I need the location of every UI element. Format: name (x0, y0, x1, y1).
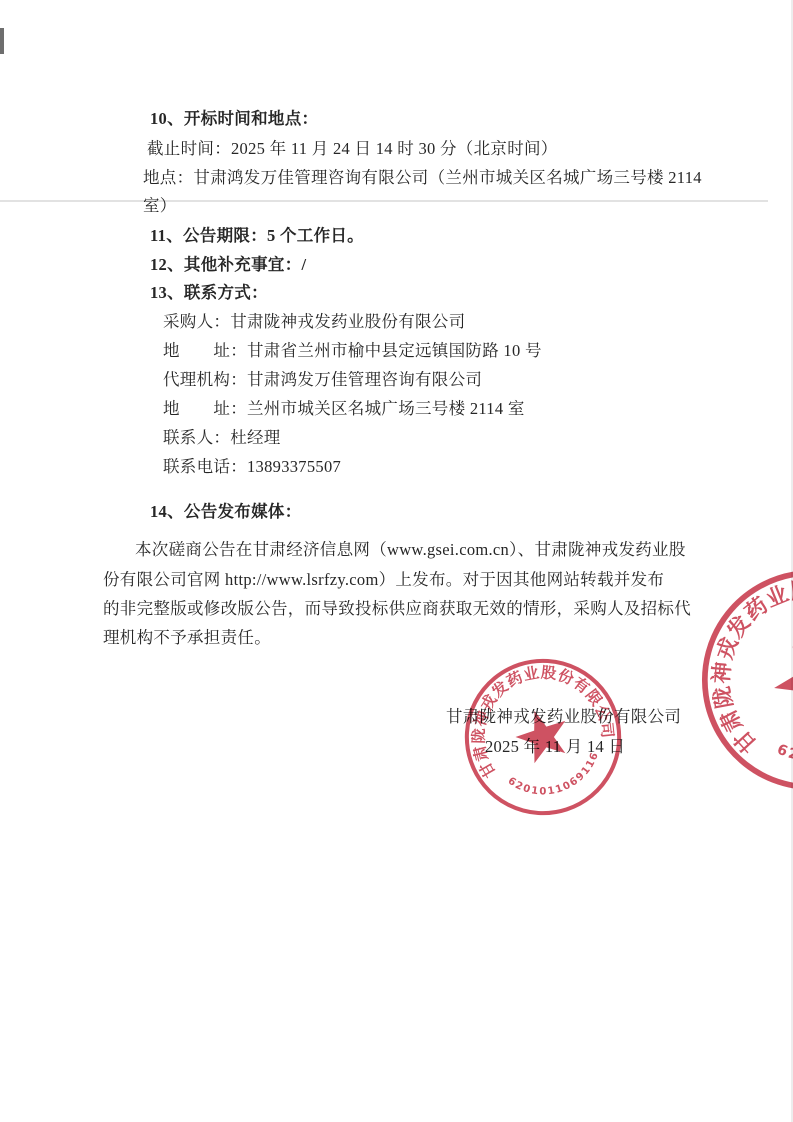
contact-phone: 联系电话：13893375507 (163, 456, 341, 478)
scan-artifact-line (0, 200, 768, 202)
media-paragraph-line-3: 的非完整版或修改版公告，而导致投标供应商获取无效的情形，采购人及招标代 (103, 598, 691, 620)
stamp-company-name: 甘肃陇神戎发药业股份有限公司 (670, 539, 793, 761)
svg-text:6201011069116: 6201011069116 (504, 747, 610, 810)
contact-agency-address: 地 址：兰州市城关区名城广场三号楼 2114 室 (163, 398, 525, 420)
item10-heading: 10、开标时间和地点： (150, 108, 318, 130)
location-line-2: 室） (143, 195, 177, 217)
media-paragraph-line-2: 份有限公司官网 http://www.lsrfzy.com）上发布。对于因其他网… (103, 569, 664, 591)
contact-person: 联系人：杜经理 (163, 427, 281, 449)
svg-text:6201011069116: 6201011069116 (770, 677, 793, 789)
document-page: 10、开标时间和地点： 截止时间：2025 年 11 月 24 日 14 时 3… (0, 0, 793, 1122)
company-seal-main: 甘肃陇神戎发药业股份有限公司 6201011069116 (441, 635, 645, 839)
company-seal-edge: 甘肃陇神戎发药业股份有限公司 6201011069116 (656, 524, 793, 835)
star-icon (761, 628, 793, 726)
media-paragraph-line-1: 本次磋商公告在甘肃经济信息网（www.gsei.com.cn）、甘肃陇神戎发药业… (135, 539, 686, 561)
deadline-line: 截止时间：2025 年 11 月 24 日 14 时 30 分（北京时间） (147, 138, 558, 160)
media-paragraph-line-4: 理机构不予承担责任。 (103, 627, 271, 649)
location-line-1: 地点：甘肃鸿发万佳管理咨询有限公司（兰州市城关区名城广场三号楼 2114 (143, 167, 702, 189)
contact-agency: 代理机构：甘肃鸿发万佳管理咨询有限公司 (163, 369, 482, 391)
scan-artifact-mark (0, 28, 4, 54)
item11-line: 11、公告期限：5 个工作日。 (150, 225, 364, 247)
stamp-serial-number: 6201011069116 (770, 677, 793, 789)
item12-line: 12、其他补充事宜：/ (150, 254, 306, 276)
item13-heading: 13、联系方式： (150, 282, 268, 304)
stamp-serial-number: 6201011069116 (504, 747, 610, 810)
svg-text:甘肃陇神戎发药业股份有限公司: 甘肃陇神戎发药业股份有限公司 (670, 539, 793, 761)
star-icon (510, 703, 575, 767)
item14-heading: 14、公告发布媒体： (150, 501, 302, 523)
contact-purchaser: 采购人：甘肃陇神戎发药业股份有限公司 (163, 311, 465, 333)
company-seal-edge-graphic: 甘肃陇神戎发药业股份有限公司 6201011069116 (656, 524, 793, 835)
company-seal-main-graphic: 甘肃陇神戎发药业股份有限公司 6201011069116 (441, 635, 645, 839)
contact-purchaser-address: 地 址：甘肃省兰州市榆中县定远镇国防路 10 号 (163, 340, 542, 362)
